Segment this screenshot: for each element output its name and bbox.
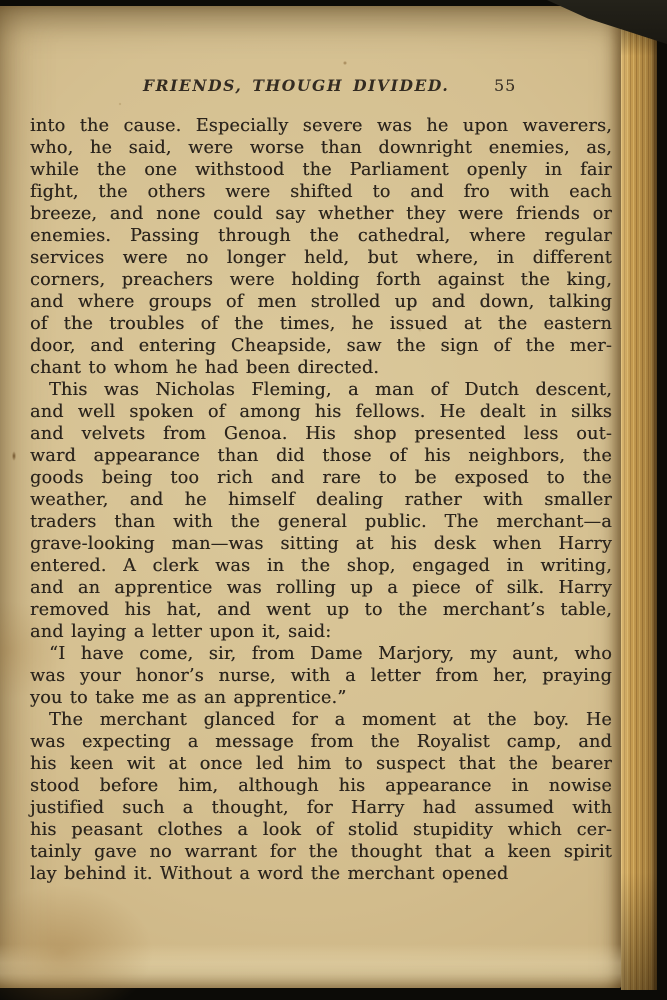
text-line: enemies. Passing through the cathedral, … — [30, 225, 612, 247]
chapter-running-title: FRIENDS, THOUGH DIVIDED. — [143, 76, 449, 95]
text-line: his keen wit at once led him to suspect … — [30, 753, 612, 775]
text-line: stood before him, although his appearanc… — [30, 775, 612, 797]
text-line: was expecting a message from the Royalis… — [30, 731, 612, 753]
text-line: weather, and he himself dealing rather w… — [30, 489, 612, 511]
text-line: into the cause. Especially severe was he… — [30, 115, 612, 137]
text-line: of the troubles of the times, he issued … — [30, 313, 612, 335]
text-line: entered. A clerk was in the shop, engage… — [30, 555, 612, 577]
page-content: FRIENDS, THOUGH DIVIDED. 55 into the cau… — [30, 76, 612, 885]
text-line: and well spoken of among his fellows. He… — [30, 401, 612, 423]
text-line: The merchant glanced for a moment at the… — [30, 709, 612, 731]
text-line: grave-looking man—was sitting at his des… — [30, 533, 612, 555]
book-fore-edge-pages — [621, 8, 657, 990]
page-number: 55 — [494, 76, 516, 95]
text-line: was your honor’s nurse, with a letter fr… — [30, 665, 612, 687]
text-line: ward appearance than did those of his ne… — [30, 445, 612, 467]
text-line: and laying a letter upon it, said: — [30, 621, 612, 643]
text-line: breeze, and none could say whether they … — [30, 203, 612, 225]
text-line: and an apprentice was rolling up a piece… — [30, 577, 612, 599]
text-line: lay behind it. Without a word the mercha… — [30, 863, 612, 885]
text-line: This was Nicholas Fleming, a man of Dutc… — [30, 379, 612, 401]
text-line: fight, the others were shifted to and fr… — [30, 181, 612, 203]
text-line: “I have come, sir, from Dame Marjory, my… — [30, 643, 612, 665]
text-line: corners, preachers were holding forth ag… — [30, 269, 612, 291]
text-line: tainly gave no warrant for the thought t… — [30, 841, 612, 863]
text-line: traders than with the general public. Th… — [30, 511, 612, 533]
text-line: chant to whom he had been directed. — [30, 357, 612, 379]
text-line: you to take me as an apprentice.” — [30, 687, 612, 709]
text-line: door, and entering Cheapside, saw the si… — [30, 335, 612, 357]
text-line: removed his hat, and went up to the merc… — [30, 599, 612, 621]
text-line: justified such a thought, for Harry had … — [30, 797, 612, 819]
text-line: his peasant clothes a look of stolid stu… — [30, 819, 612, 841]
book-page-scan: FRIENDS, THOUGH DIVIDED. 55 into the cau… — [0, 0, 667, 1000]
text-line: goods being too rich and rare to be expo… — [30, 467, 612, 489]
text-line: who, he said, were worse than downright … — [30, 137, 612, 159]
page-text: into the cause. Especially severe was he… — [30, 115, 612, 885]
running-head: FRIENDS, THOUGH DIVIDED. 55 — [30, 76, 612, 96]
text-line: services were no longer held, but where,… — [30, 247, 612, 269]
text-line: and velvets from Genoa. His shop present… — [30, 423, 612, 445]
text-line: while the one withstood the Parliament o… — [30, 159, 612, 181]
text-line: and where groups of men strolled up and … — [30, 291, 612, 313]
